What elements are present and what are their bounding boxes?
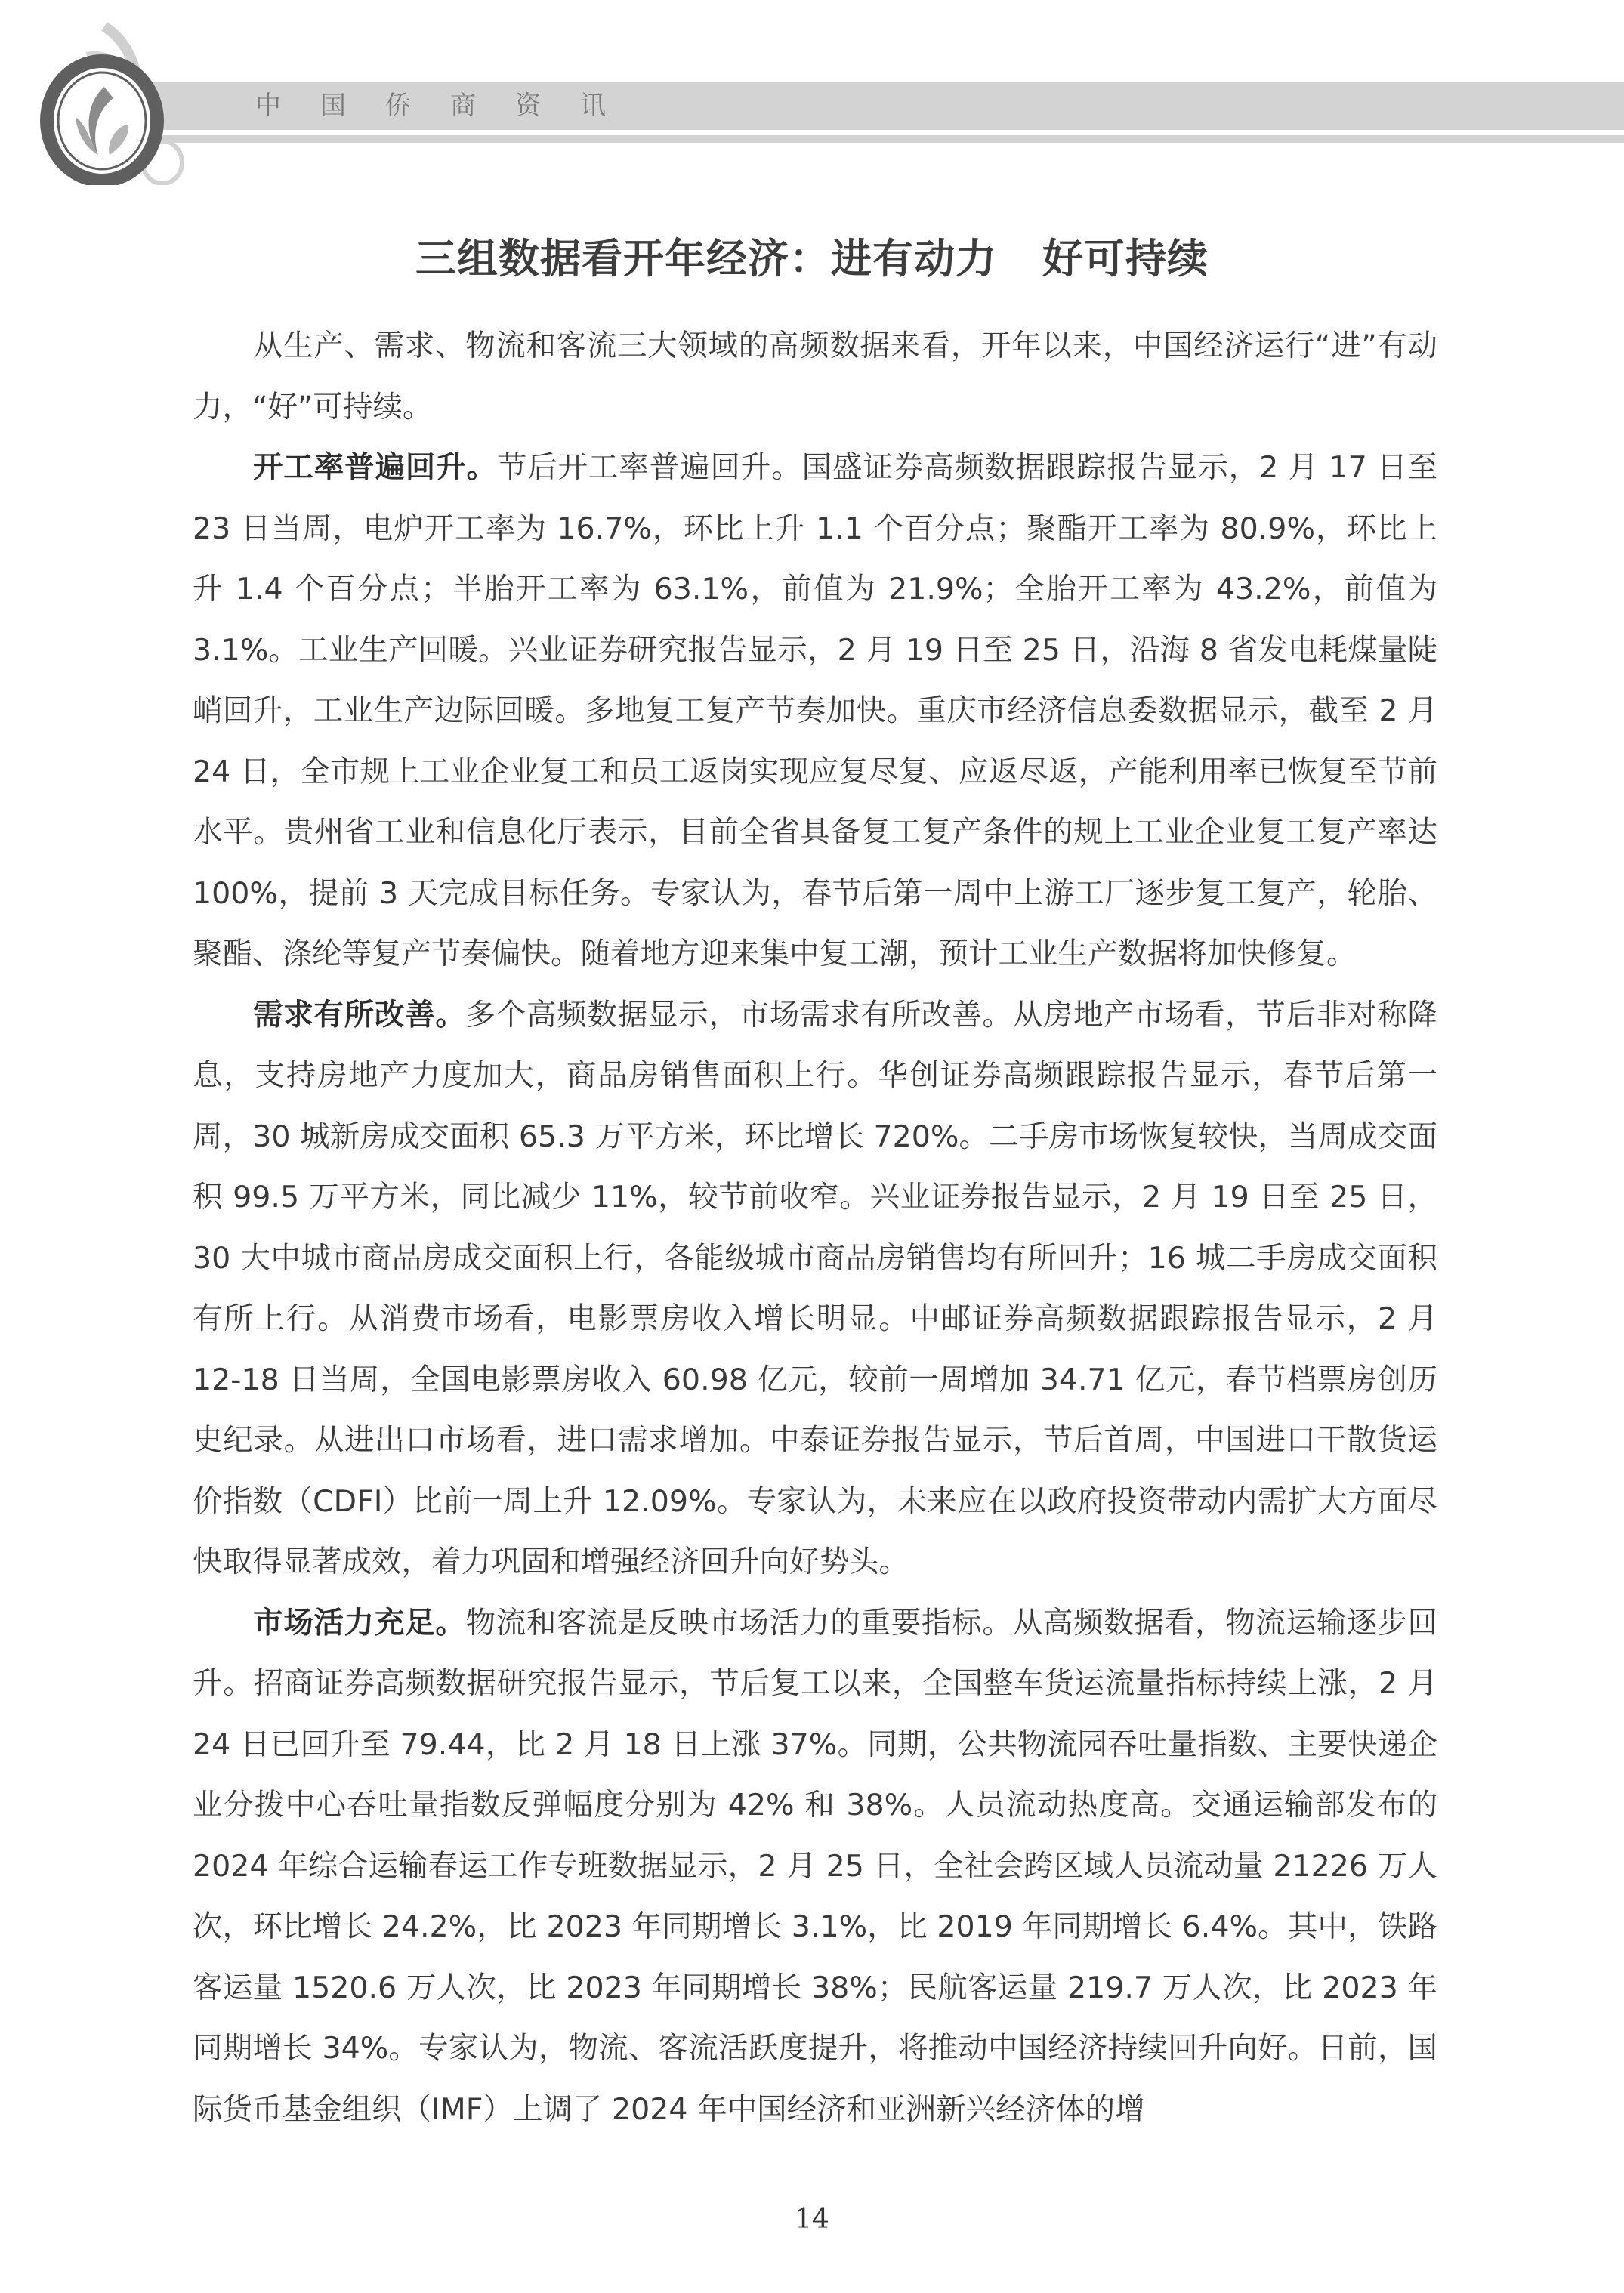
article-body: 从生产、需求、物流和客流三大领域的高频数据来看，开年以来，中国经济运行“进”有动… xyxy=(193,316,1437,2140)
paragraph-lead: 开工率普遍回升。 xyxy=(253,450,497,485)
paragraph-intro: 从生产、需求、物流和客流三大领域的高频数据来看，开年以来，中国经济运行“进”有动… xyxy=(193,316,1437,437)
paragraph-text: 从生产、需求、物流和客流三大领域的高频数据来看，开年以来，中国经济运行“进”有动… xyxy=(193,329,1437,424)
article-title: 三组数据看开年经济：进有动力好可持续 xyxy=(0,227,1624,285)
paragraph-lead: 需求有所改善。 xyxy=(253,998,466,1032)
paragraph-market-vitality: 市场活力充足。物流和客流是反映市场活力的重要指标。从高频数据看，物流运输逐步回升… xyxy=(193,1593,1437,2140)
page-number: 14 xyxy=(0,2204,1624,2235)
paragraph-demand: 需求有所改善。多个高频数据显示，市场需求有所改善。从房地产市场看，节后非对称降息… xyxy=(193,985,1437,1593)
paragraph-text: 多个高频数据显示，市场需求有所改善。从房地产市场看，节后非对称降息，支持房地产力… xyxy=(193,998,1437,1580)
paragraph-text: 物流和客流是反映市场活力的重要指标。从高频数据看，物流运输逐步回升。招商证券高频… xyxy=(193,1606,1437,2127)
article-title-part1: 三组数据看开年经济：进有动力 xyxy=(415,235,997,282)
paragraph-production: 开工率普遍回升。节后开工率普遍回升。国盛证券高频数据跟踪报告显示，2 月 17 … xyxy=(193,437,1437,985)
header-rule xyxy=(72,135,1624,143)
organization-seal-logo-icon xyxy=(15,11,189,185)
paragraph-lead: 市场活力充足。 xyxy=(253,1606,466,1640)
publication-title: 中国侨商资讯 xyxy=(255,89,645,122)
article-title-part2: 好可持续 xyxy=(1042,235,1209,282)
paragraph-text: 节后开工率普遍回升。国盛证券高频数据跟踪报告显示，2 月 17 日至 23 日当… xyxy=(193,450,1437,971)
